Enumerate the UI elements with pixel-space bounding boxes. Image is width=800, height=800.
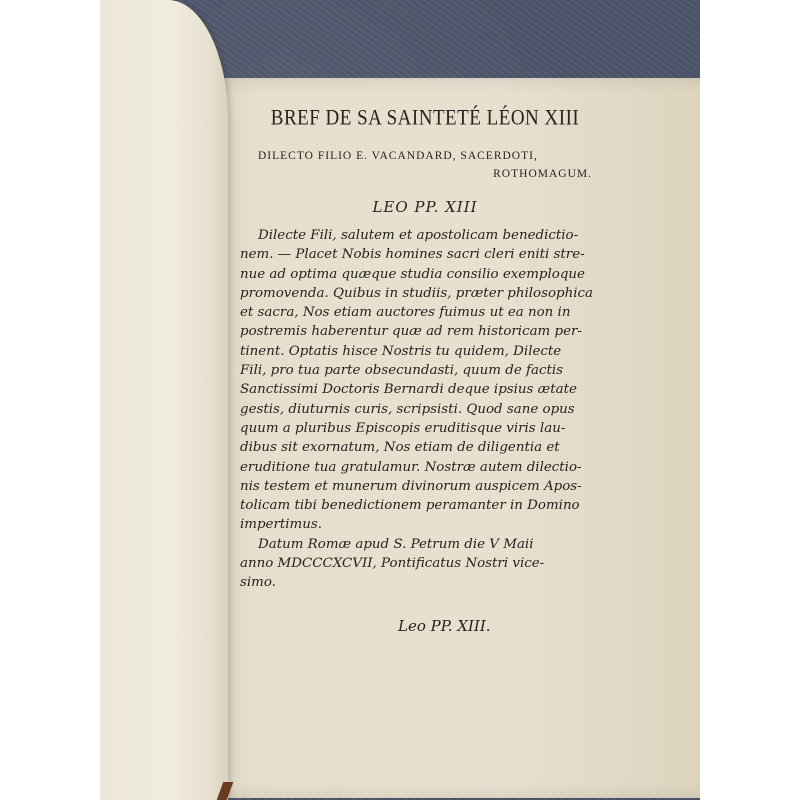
body-line: nem. — Placet Nobis homines sacri cleri … (240, 245, 600, 264)
date-line: anno MDCCCXCVII, Pontificatus Nostri vic… (240, 554, 600, 573)
book-photo: BREF DE SA SAINTETÉ LÉON XIII DILECTO FI… (100, 0, 700, 800)
body-line: nue ad optima quæque studia consilio exe… (240, 265, 600, 284)
left-page-curl (100, 0, 228, 800)
printed-text: BREF DE SA SAINTETÉ LÉON XIII DILECTO FI… (240, 108, 600, 635)
address-city: ROTHOMAGUM. (240, 168, 592, 180)
date-line: simo. (240, 573, 600, 592)
body-line: Fili, pro tua parte obsecundasti, quum d… (240, 361, 600, 380)
address-line: DILECTO FILIO E. VACANDARD, SACERDOTI, (258, 150, 600, 162)
body-line: postremis haberentur quæ ad rem historic… (240, 322, 600, 341)
body-line: promovenda. Quibus in studiis, præter ph… (240, 284, 600, 303)
sender-name: LEO PP. XIII (250, 198, 600, 216)
letter-body: Dilecte Fili, salutem et apostolicam ben… (240, 226, 600, 593)
body-line: dibus sit exornatum, Nos etiam de dilige… (240, 438, 600, 457)
body-line: tolicam tibi benedictionem peramanter in… (240, 496, 600, 515)
page-heading: BREF DE SA SAINTETÉ LÉON XIII (250, 106, 600, 131)
signature: Leo PP. XIII. (398, 617, 600, 635)
body-line: gestis, diuturnis curis, scripsisti. Quo… (240, 400, 600, 419)
body-line: eruditione tua gratulamur. Nostræ autem … (240, 458, 600, 477)
date-line: Datum Romæ apud S. Petrum die V Maii (240, 535, 600, 554)
body-line: impertimus. (240, 515, 600, 534)
body-line: Sanctissimi Doctoris Bernardi deque ipsi… (240, 380, 600, 399)
body-line: quum a pluribus Episcopis eruditisque vi… (240, 419, 600, 438)
body-line: tinent. Optatis hisce Nostris tu quidem,… (240, 342, 600, 361)
body-line: et sacra, Nos etiam auctores fuimus ut e… (240, 303, 600, 322)
body-line: nis testem et munerum divinorum auspicem… (240, 477, 600, 496)
body-line: Dilecte Fili, salutem et apostolicam ben… (240, 226, 600, 245)
